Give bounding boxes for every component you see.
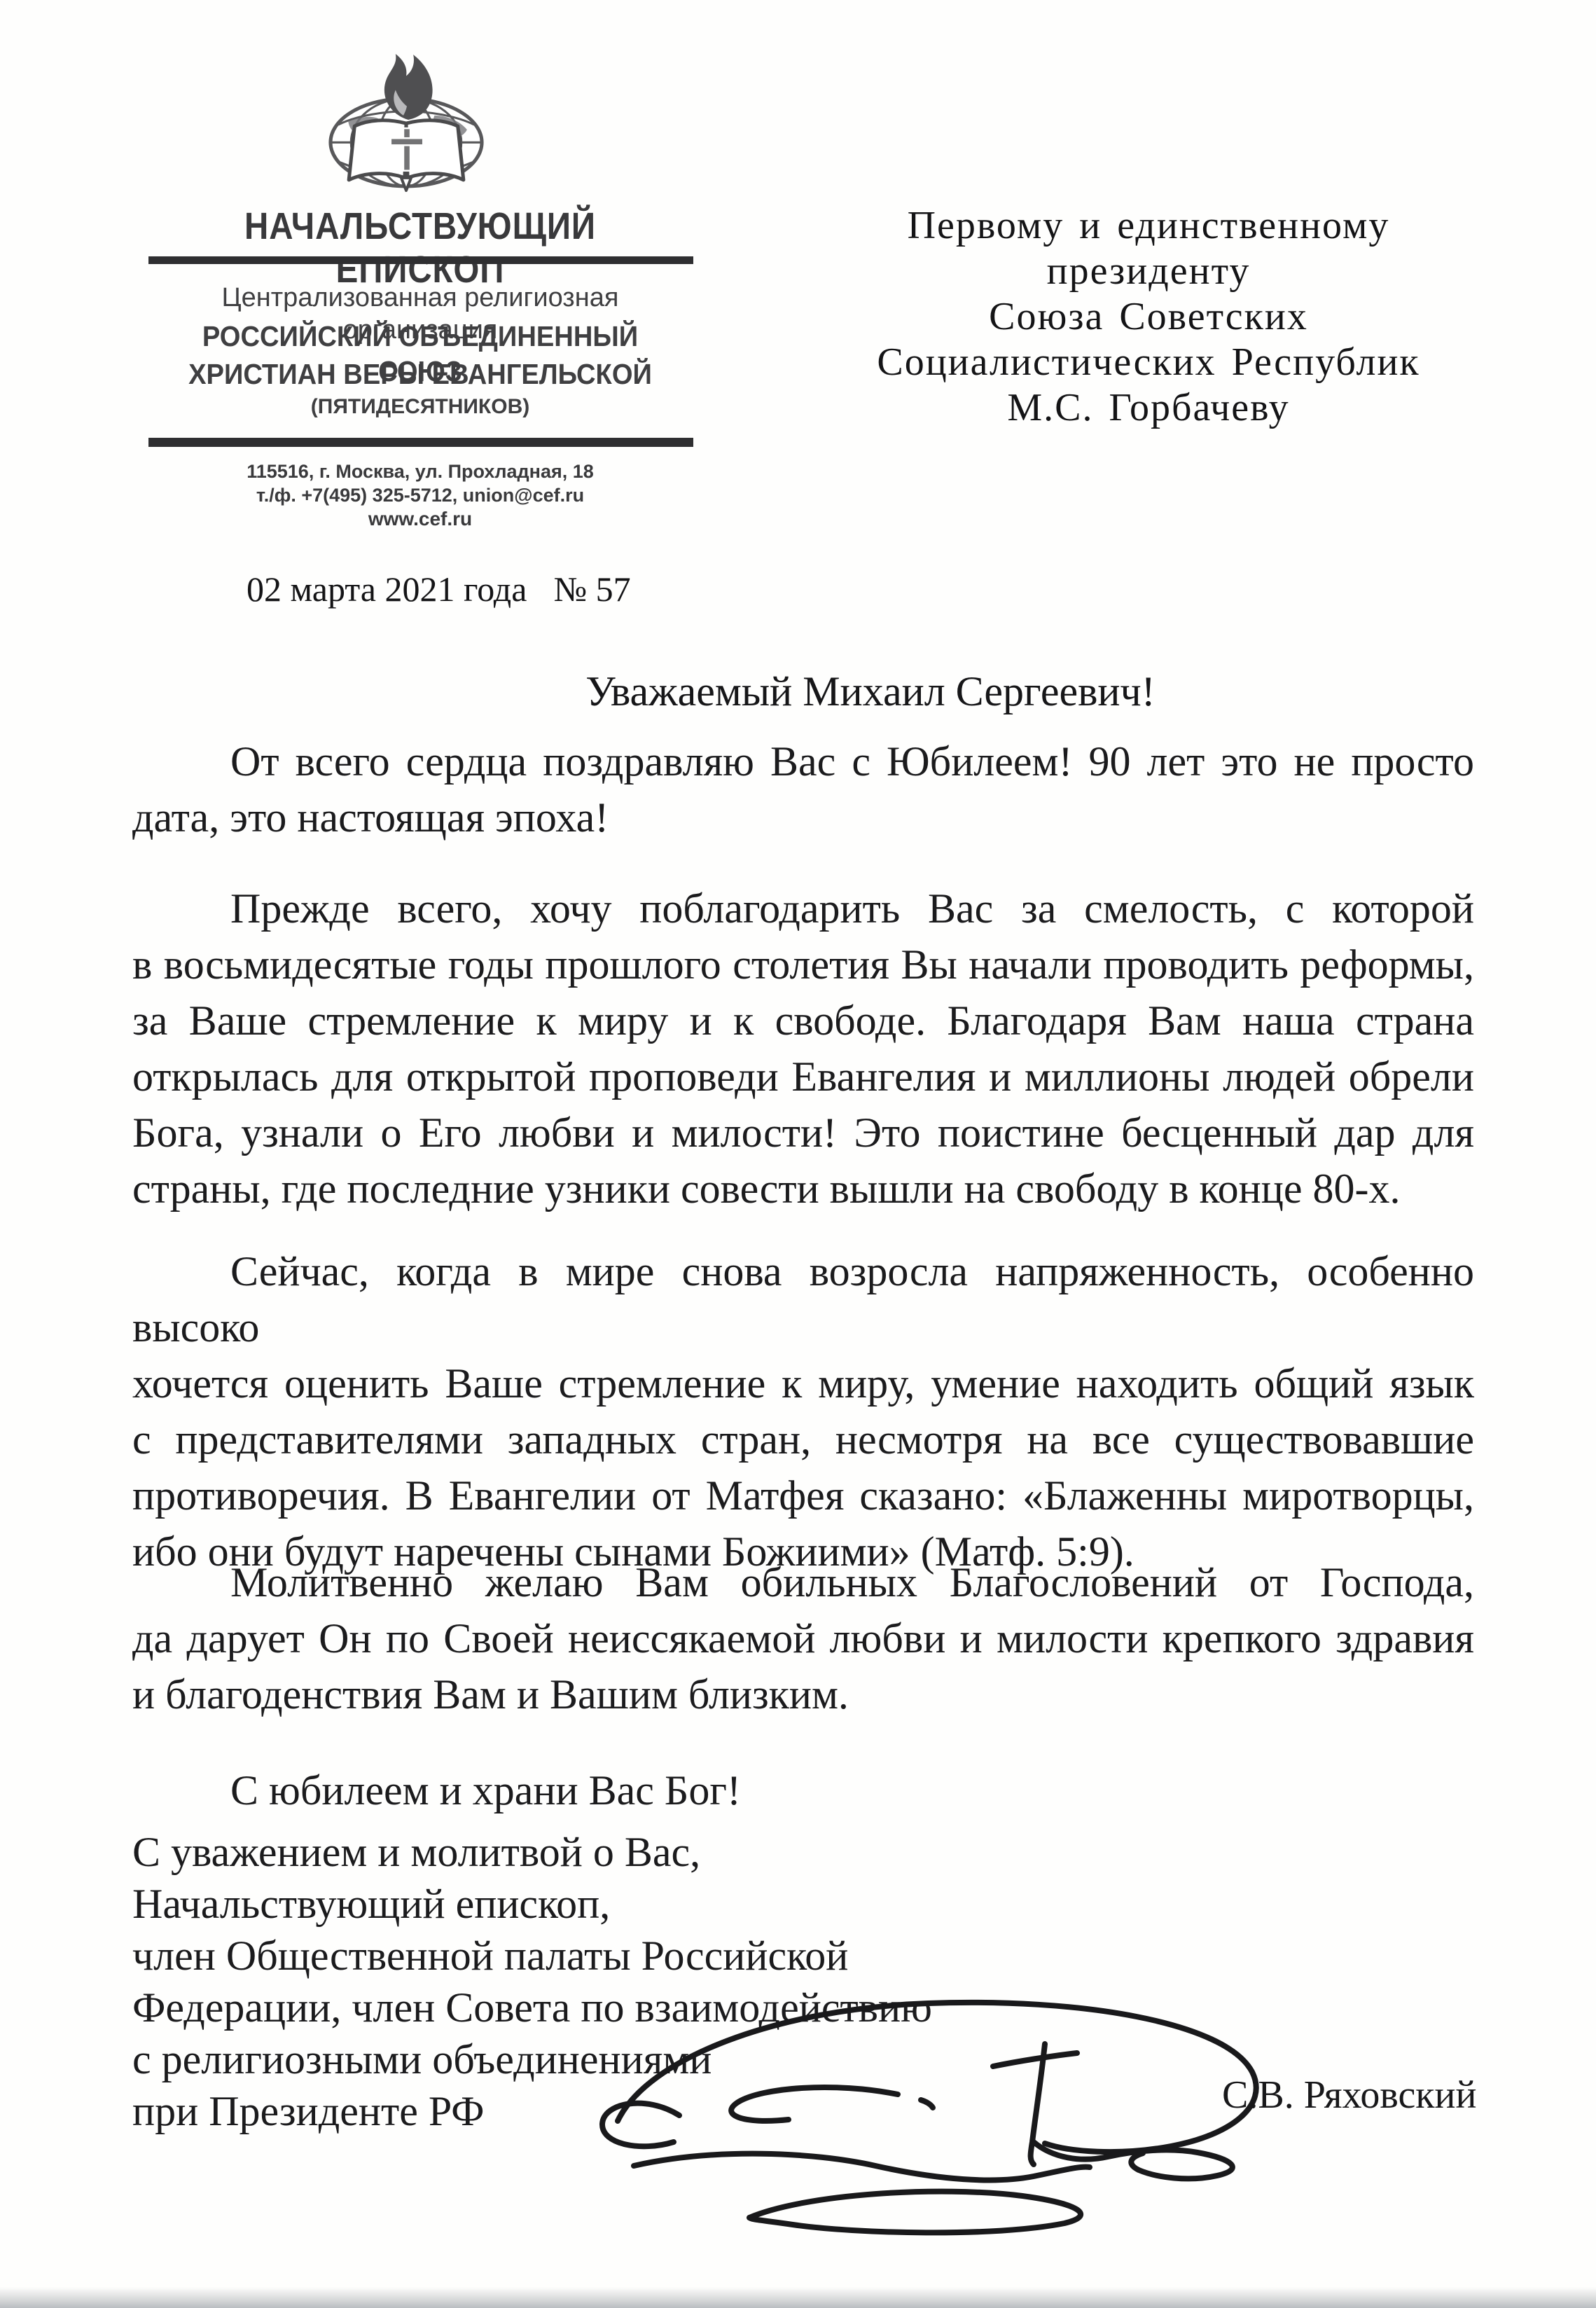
letterhead-address: 115516, г. Москва, ул. Прохладная, 18 <box>147 459 693 483</box>
letterhead-org-name-line3: (ПЯТИДЕСЯТНИКОВ) <box>147 394 693 420</box>
letterhead-divider-bottom <box>148 438 693 447</box>
reference-line: 02 марта 2021 года № 57 <box>247 569 631 609</box>
globe-flame-book-logo-icon <box>328 50 485 192</box>
text-line: хочется оценить Ваше стремление к миру, … <box>132 1355 1474 1411</box>
text-line: Прежде всего, хочу поблагодарить Вас за … <box>132 880 1474 937</box>
letter-date: 02 марта 2021 года <box>247 569 527 609</box>
text-line: С уважением и молитвой о Вас, <box>132 1826 1183 1878</box>
text-line: открылась для открытой проповеди Евангел… <box>132 1049 1474 1105</box>
letterhead-website: www.cef.ru <box>147 507 693 531</box>
text-line: Социалистических Республик <box>798 340 1499 385</box>
text-line: Первому и единственному президенту <box>798 203 1499 294</box>
letterhead-org-name-line2: ХРИСТИАН ВЕРЫ ЕВАНГЕЛЬСКОЙ <box>166 357 674 392</box>
letter-number: № 57 <box>553 569 630 609</box>
text-line: и благоденствия Вам и Вашим близким. <box>132 1666 1474 1722</box>
letter-document: НАЧАЛЬСТВУЮЩИЙ ЕПИСКОП Централизованная … <box>0 0 1596 2308</box>
text-line: с представителями западных стран, несмот… <box>132 1411 1474 1467</box>
text-line: Бога, узнали о Его любви и милости! Это … <box>132 1105 1474 1161</box>
letterhead-phone-email: т./ф. +7(495) 325-5712, union@cef.ru <box>147 483 693 507</box>
text-line: да дарует Он по Своей неиссякаемой любви… <box>132 1610 1474 1666</box>
text-line: член Общественной палаты Российской <box>132 1930 1183 1982</box>
text-line: дата, это настоящая эпоха! <box>132 789 1474 845</box>
text-line: С юбилеем и храни Вас Бог! <box>132 1762 1474 1818</box>
text-line: за Ваше стремление к миру и к свободе. Б… <box>132 993 1474 1049</box>
salutation: Уважаемый Михаил Сергеевич! <box>270 663 1471 719</box>
text-line: Начальствующий епископ, <box>132 1878 1183 1930</box>
letterhead-divider-top <box>148 256 693 264</box>
text-line: От всего сердца поздравляю Вас с Юбилеем… <box>132 733 1474 789</box>
paragraph-4: Молитвенно желаю Вам обильных Благослове… <box>132 1554 1474 1722</box>
organization-logo <box>328 50 485 192</box>
paragraph-2: Прежде всего, хочу поблагодарить Вас за … <box>132 880 1474 1217</box>
text-line: страны, где последние узники совести выш… <box>132 1161 1474 1217</box>
paragraph-5: С юбилеем и храни Вас Бог! <box>132 1762 1474 1818</box>
recipient-block: Первому и единственному президентуСоюза … <box>798 203 1499 431</box>
text-line: противоречия. В Евангелии от Матфея сказ… <box>132 1467 1474 1523</box>
text-line: Союза Советских <box>798 294 1499 340</box>
text-line: М.С. Горбачеву <box>798 385 1499 431</box>
signer-name: С.В. Ряховский <box>1222 2072 1476 2118</box>
letterhead-contact-block: 115516, г. Москва, ул. Прохладная, 18 т.… <box>147 459 693 531</box>
letterhead-title: НАЧАЛЬСТВУЮЩИЙ ЕПИСКОП <box>180 205 660 291</box>
scan-edge-shadow <box>0 2287 1596 2308</box>
paragraph-3: Сейчас, когда в мире снова возросла напр… <box>132 1243 1474 1580</box>
text-line: Сейчас, когда в мире снова возросла напр… <box>132 1243 1474 1355</box>
text-line: в восьмидесятые годы прошлого столетия В… <box>132 937 1474 993</box>
paragraph-1: От всего сердца поздравляю Вас с Юбилеем… <box>132 733 1474 845</box>
text-line: Молитвенно желаю Вам обильных Благослове… <box>132 1554 1474 1610</box>
